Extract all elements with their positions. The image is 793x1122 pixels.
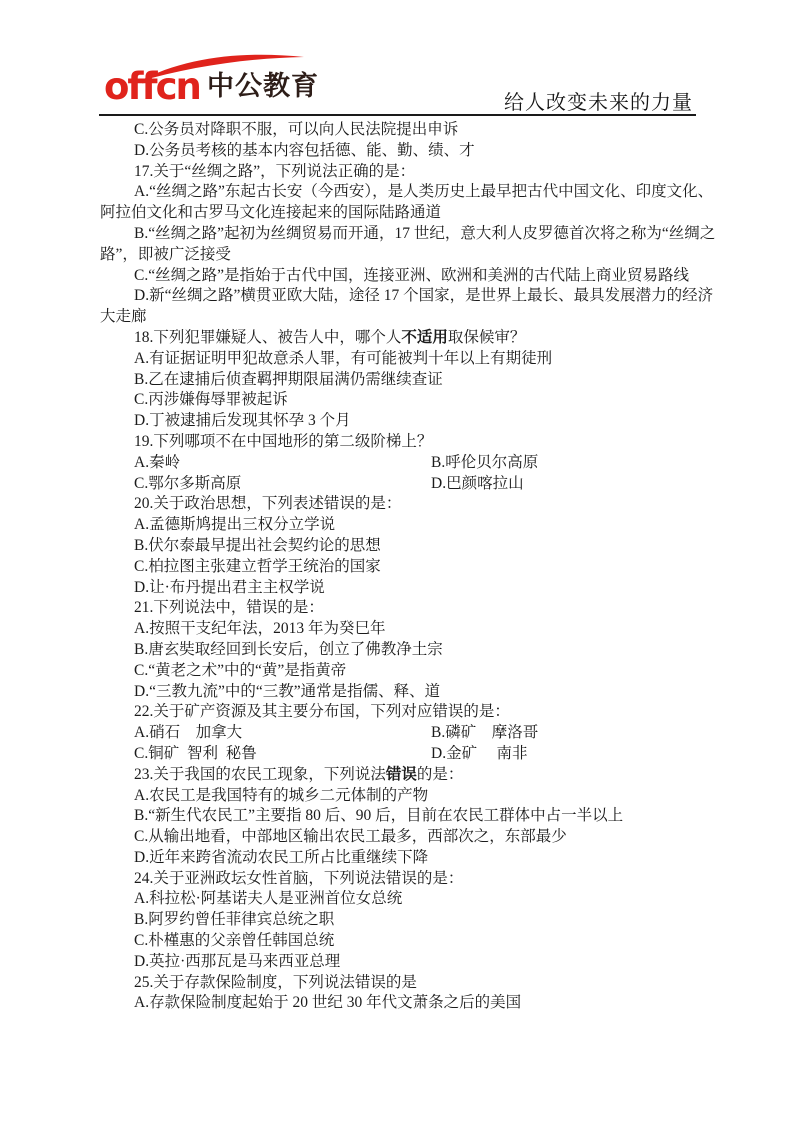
- document-line: D.新“丝绸之路”横贯亚欧大陆，途径 17 个国家，是世界上最长、最具发展潜力的…: [100, 286, 710, 307]
- document-line: C.朴槿惠的父亲曾任韩国总统: [100, 931, 710, 952]
- document-line: 22.关于矿产资源及其主要分布国，下列对应错误的是：: [100, 702, 710, 723]
- document-line: A.“丝绸之路”东起古长安（今西安），是人类历史上最早把古代中国文化、印度文化、: [100, 182, 710, 203]
- document-line: A.存款保险制度起始于 20 世纪 30 年代文萧条之后的美国: [100, 993, 710, 1014]
- document-line: D.公务员考核的基本内容包括德、能、勤、绩、才: [100, 141, 710, 162]
- document-line: C.柏拉图主张建立哲学王统治的国家: [100, 557, 710, 578]
- line-text: 23.关于我国的农民工现象，下列说法: [134, 766, 386, 783]
- option-text: D.巴颜喀拉山: [431, 475, 524, 492]
- document-line: C.铜矿 智利 秘鲁D.金矿 南非: [100, 744, 710, 765]
- document-body: C.公务员对降职不服，可以向人民法院提出申诉D.公务员考核的基本内容包括德、能、…: [100, 120, 710, 1014]
- document-line: B.伏尔泰最早提出社会契约论的思想: [100, 536, 710, 557]
- header-divider: [99, 114, 696, 116]
- logo-latin-text: offcn: [104, 68, 200, 105]
- document-line: B.“丝绸之路”起初为丝绸贸易而开通，17 世纪，意大利人皮罗德首次将之称为“丝…: [100, 224, 710, 245]
- document-line: 25.关于存款保险制度，下列说法错误的是: [100, 973, 710, 994]
- document-line: D.丁被逮捕后发现其怀孕 3 个月: [100, 411, 710, 432]
- document-line: C.“丝绸之路”是指始于古代中国，连接亚洲、欧洲和美洲的古代陆上商业贸易路线: [100, 266, 710, 287]
- document-line: 路”，即被广泛接受: [100, 245, 710, 266]
- option-text: A.硝石 加拿大: [134, 723, 431, 744]
- header: offcn 中公教育 给人改变未来的力量: [0, 0, 793, 120]
- emphasized-text: 错误: [386, 766, 417, 783]
- document-line: C.公务员对降职不服，可以向人民法院提出申诉: [100, 120, 710, 141]
- document-line: D.让·布丹提出君主主权学说: [100, 578, 710, 599]
- logo-cn-text: 中公教育: [207, 72, 319, 101]
- scanned-exam-page: offcn 中公教育 给人改变未来的力量 C.公务员对降职不服，可以向人民法院提…: [0, 0, 793, 1122]
- document-line: C.鄂尔多斯高原D.巴颜喀拉山: [100, 474, 710, 495]
- document-line: C.从输出地看，中部地区输出农民工最多，西部次之，东部最少: [100, 827, 710, 848]
- document-line: D.“三教九流”中的“三教”通常是指儒、释、道: [100, 682, 710, 703]
- document-line: 18.下列犯罪嫌疑人、被告人中，哪个人不适用取保候审？: [100, 328, 710, 349]
- offcn-logo: offcn 中公教育: [104, 56, 344, 108]
- document-line: A.孟德斯鸠提出三权分立学说: [100, 515, 710, 536]
- document-line: C.“黄老之术”中的“黄”是指黄帝: [100, 661, 710, 682]
- document-line: D.近年来跨省流动农民工所占比重继续下降: [100, 848, 710, 869]
- document-line: A.按照干支纪年法，2013 年为癸巳年: [100, 619, 710, 640]
- document-line: 大走廊: [100, 307, 710, 328]
- line-text: 的是：: [417, 766, 464, 783]
- document-line: D.英拉·西那瓦是马来西亚总理: [100, 952, 710, 973]
- document-line: 17.关于“丝绸之路”，下列说法正确的是：: [100, 162, 710, 183]
- document-line: 20.关于政治思想，下列表述错误的是：: [100, 494, 710, 515]
- emphasized-text: 不适用: [401, 329, 448, 346]
- option-text: A.秦岭: [134, 453, 431, 474]
- document-line: A.农民工是我国特有的城乡二元体制的产物: [100, 786, 710, 807]
- document-line: B.阿罗约曾任菲律宾总统之职: [100, 910, 710, 931]
- line-text: 18.下列犯罪嫌疑人、被告人中，哪个人: [134, 329, 401, 346]
- header-tagline: 给人改变未来的力量: [504, 86, 693, 115]
- document-line: A.硝石 加拿大B.磷矿 摩洛哥: [100, 723, 710, 744]
- document-line: A.有证据证明甲犯故意杀人罪，有可能被判十年以上有期徒刑: [100, 349, 710, 370]
- option-text: B.磷矿 摩洛哥: [431, 724, 538, 741]
- document-line: 阿拉伯文化和古罗马文化连接起来的国际陆路通道: [100, 203, 710, 224]
- option-text: C.鄂尔多斯高原: [134, 474, 431, 495]
- document-line: A.科拉松·阿基诺夫人是亚洲首位女总统: [100, 889, 710, 910]
- document-line: B.唐玄奘取经回到长安后，创立了佛教净土宗: [100, 640, 710, 661]
- document-line: 21.下列说法中，错误的是：: [100, 598, 710, 619]
- line-text: 取保候审？: [448, 329, 526, 346]
- document-line: 24.关于亚洲政坛女性首脑，下列说法错误的是：: [100, 869, 710, 890]
- document-line: B.乙在逮捕后侦查羁押期限届满仍需继续查证: [100, 370, 710, 391]
- document-line: 23.关于我国的农民工现象，下列说法错误的是：: [100, 765, 710, 786]
- document-line: A.秦岭B.呼伦贝尔高原: [100, 453, 710, 474]
- document-line: 19.下列哪项不在中国地形的第二级阶梯上？: [100, 432, 710, 453]
- option-text: B.呼伦贝尔高原: [431, 454, 538, 471]
- document-line: B.“新生代农民工”主要指 80 后、90 后，目前在农民工群体中占一半以上: [100, 806, 710, 827]
- option-text: C.铜矿 智利 秘鲁: [134, 744, 431, 765]
- option-text: D.金矿 南非: [431, 745, 527, 762]
- document-line: C.丙涉嫌侮辱罪被起诉: [100, 390, 710, 411]
